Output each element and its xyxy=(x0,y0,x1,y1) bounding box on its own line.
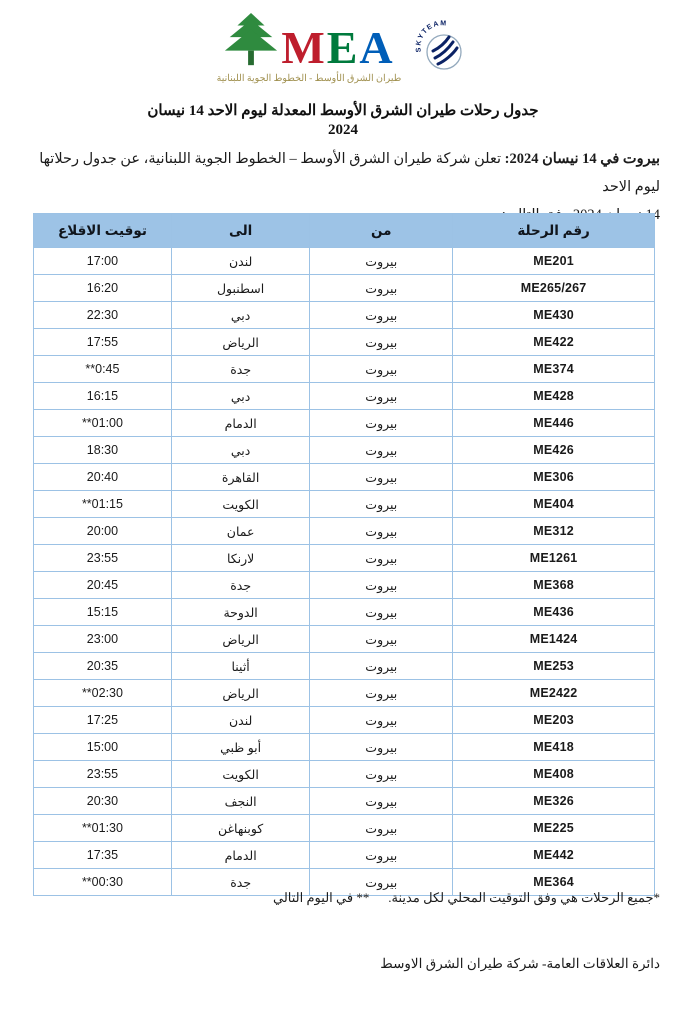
from-cell: بيروت xyxy=(310,275,453,302)
from-cell: بيروت xyxy=(310,545,453,572)
mea-wordmark: M E A xyxy=(281,26,394,70)
flight-schedule-table: رقم الرحلةمنالىتوقيت الاقلاع ME201بيروتل… xyxy=(33,213,655,896)
flight-number-cell: ME442 xyxy=(453,842,655,869)
to-cell: الدمام xyxy=(171,842,309,869)
flight-number-cell: ME1424 xyxy=(453,626,655,653)
from-cell: بيروت xyxy=(310,734,453,761)
flight-number-cell: ME1261 xyxy=(453,545,655,572)
document-page: M E A طيران الشرق الأوسط - الخطوط الجوية… xyxy=(0,0,686,1024)
mea-letter-m: M xyxy=(281,26,326,70)
to-cell: لندن xyxy=(171,248,309,275)
column-header: الى xyxy=(171,214,309,248)
from-cell: بيروت xyxy=(310,410,453,437)
flight-number-cell: ME2422 xyxy=(453,680,655,707)
from-cell: بيروت xyxy=(310,491,453,518)
to-cell: جدة xyxy=(171,356,309,383)
flight-number-cell: ME368 xyxy=(453,572,655,599)
table-row: ME442بيروتالدمام17:35 xyxy=(34,842,655,869)
skyteam-label: SKYTEAM xyxy=(416,20,448,52)
column-header: توقيت الاقلاع xyxy=(34,214,172,248)
flight-number-cell: ME430 xyxy=(453,302,655,329)
time-cell: **0:45 xyxy=(34,356,172,383)
time-cell: 15:15 xyxy=(34,599,172,626)
time-cell: 18:30 xyxy=(34,437,172,464)
cedar-tree-icon xyxy=(223,12,279,70)
time-cell: 17:00 xyxy=(34,248,172,275)
time-cell: 22:30 xyxy=(34,302,172,329)
flight-number-cell: ME426 xyxy=(453,437,655,464)
from-cell: بيروت xyxy=(310,653,453,680)
from-cell: بيروت xyxy=(310,464,453,491)
to-cell: لارنكا xyxy=(171,545,309,572)
footnote-local-time: *جميع الرحلات هي وفق التوقيت المحلي لكل … xyxy=(388,890,660,906)
to-cell: النجف xyxy=(171,788,309,815)
time-cell: 20:35 xyxy=(34,653,172,680)
from-cell: بيروت xyxy=(310,680,453,707)
table-row: ME1424بيروتالرياض23:00 xyxy=(34,626,655,653)
time-cell: 17:35 xyxy=(34,842,172,869)
table-row: ME312بيروتعمان20:00 xyxy=(34,518,655,545)
from-cell: بيروت xyxy=(310,626,453,653)
time-cell: 17:25 xyxy=(34,707,172,734)
flight-number-cell: ME428 xyxy=(453,383,655,410)
table-row: ME2422بيروتالرياض**02:30 xyxy=(34,680,655,707)
flight-number-cell: ME203 xyxy=(453,707,655,734)
to-cell: الدوحة xyxy=(171,599,309,626)
to-cell: الرياض xyxy=(171,329,309,356)
time-cell: **01:00 xyxy=(34,410,172,437)
to-cell: الرياض xyxy=(171,680,309,707)
flight-number-cell: ME312 xyxy=(453,518,655,545)
svg-text:SKYTEAM: SKYTEAM xyxy=(416,20,448,52)
table-row: ME430بيروتدبي22:30 xyxy=(34,302,655,329)
to-cell: أثينا xyxy=(171,653,309,680)
to-cell: جدة xyxy=(171,572,309,599)
from-cell: بيروت xyxy=(310,788,453,815)
table-row: ME422بيروتالرياض17:55 xyxy=(34,329,655,356)
to-cell: دبي xyxy=(171,383,309,410)
to-cell: اسطنبول xyxy=(171,275,309,302)
flight-number-cell: ME422 xyxy=(453,329,655,356)
table-row: ME446بيروتالدمام**01:00 xyxy=(34,410,655,437)
time-cell: 15:00 xyxy=(34,734,172,761)
flight-number-cell: ME265/267 xyxy=(453,275,655,302)
time-cell: **01:15 xyxy=(34,491,172,518)
table-row: ME428بيروتدبي16:15 xyxy=(34,383,655,410)
skyteam-logo: SKYTEAM xyxy=(415,20,469,74)
time-cell: 20:45 xyxy=(34,572,172,599)
time-cell: 16:20 xyxy=(34,275,172,302)
table-row: ME225بيروتكوبنهاغن**01:30 xyxy=(34,815,655,842)
time-cell: 23:55 xyxy=(34,545,172,572)
flight-number-cell: ME404 xyxy=(453,491,655,518)
from-cell: بيروت xyxy=(310,707,453,734)
table-row: ME418بيروتأبو ظبي15:00 xyxy=(34,734,655,761)
time-cell: 23:00 xyxy=(34,626,172,653)
mea-letter-e: E xyxy=(327,26,360,70)
from-cell: بيروت xyxy=(310,302,453,329)
table-row: ME306بيروتالقاهرة20:40 xyxy=(34,464,655,491)
to-cell: لندن xyxy=(171,707,309,734)
from-cell: بيروت xyxy=(310,383,453,410)
flight-number-cell: ME306 xyxy=(453,464,655,491)
to-cell: الرياض xyxy=(171,626,309,653)
flight-number-cell: ME225 xyxy=(453,815,655,842)
footer-department: دائرة العلاقات العامة- شركة طيران الشرق … xyxy=(380,956,660,972)
table-row: ME265/267بيروتاسطنبول16:20 xyxy=(34,275,655,302)
flight-number-cell: ME201 xyxy=(453,248,655,275)
to-cell: كوبنهاغن xyxy=(171,815,309,842)
time-cell: 16:15 xyxy=(34,383,172,410)
table-row: ME374بيروتجدة**0:45 xyxy=(34,356,655,383)
from-cell: بيروت xyxy=(310,572,453,599)
mea-logo: M E A طيران الشرق الأوسط - الخطوط الجوية… xyxy=(0,12,686,84)
table-row: ME368بيروتجدة20:45 xyxy=(34,572,655,599)
table-row: ME408بيروتالكويت23:55 xyxy=(34,761,655,788)
to-cell: القاهرة xyxy=(171,464,309,491)
to-cell: الدمام xyxy=(171,410,309,437)
page-title: جدول رحلات طيران الشرق الأوسط المعدلة لي… xyxy=(0,102,686,140)
intro-dateline: بيروت في 14 نيسان 2024: xyxy=(505,151,660,167)
page-title-line2: 2024 xyxy=(0,121,686,140)
table-body: ME201بيروتلندن17:00ME265/267بيروتاسطنبول… xyxy=(34,248,655,896)
table-row: ME326بيروتالنجف20:30 xyxy=(34,788,655,815)
footnote-next-day: ** في اليوم التالي xyxy=(273,890,369,906)
flight-number-cell: ME326 xyxy=(453,788,655,815)
from-cell: بيروت xyxy=(310,815,453,842)
from-cell: بيروت xyxy=(310,437,453,464)
table-row: ME203بيروتلندن17:25 xyxy=(34,707,655,734)
to-cell: الكويت xyxy=(171,761,309,788)
flight-number-cell: ME408 xyxy=(453,761,655,788)
page-title-line1: جدول رحلات طيران الشرق الأوسط المعدلة لي… xyxy=(0,102,686,121)
time-cell: 20:40 xyxy=(34,464,172,491)
to-cell: الكويت xyxy=(171,491,309,518)
time-cell: 17:55 xyxy=(34,329,172,356)
from-cell: بيروت xyxy=(310,248,453,275)
from-cell: بيروت xyxy=(310,518,453,545)
from-cell: بيروت xyxy=(310,329,453,356)
from-cell: بيروت xyxy=(310,761,453,788)
skyteam-swirl-icon xyxy=(433,37,457,64)
to-cell: دبي xyxy=(171,302,309,329)
flight-number-cell: ME253 xyxy=(453,653,655,680)
to-cell: عمان xyxy=(171,518,309,545)
flight-number-cell: ME418 xyxy=(453,734,655,761)
time-cell: 23:55 xyxy=(34,761,172,788)
table-row: ME1261بيروتلارنكا23:55 xyxy=(34,545,655,572)
table-row: ME436بيروتالدوحة15:15 xyxy=(34,599,655,626)
flight-number-cell: ME446 xyxy=(453,410,655,437)
time-cell: 20:00 xyxy=(34,518,172,545)
mea-logo-block: M E A طيران الشرق الأوسط - الخطوط الجوية… xyxy=(217,12,402,84)
footnotes: *جميع الرحلات هي وفق التوقيت المحلي لكل … xyxy=(33,890,660,908)
column-header: رقم الرحلة xyxy=(453,214,655,248)
intro-line1: بيروت في 14 نيسان 2024: تعلن شركة طيران … xyxy=(26,145,660,201)
table-row: ME201بيروتلندن17:00 xyxy=(34,248,655,275)
mea-letter-a: A xyxy=(359,26,394,70)
from-cell: بيروت xyxy=(310,356,453,383)
from-cell: بيروت xyxy=(310,599,453,626)
column-header: من xyxy=(310,214,453,248)
to-cell: دبي xyxy=(171,437,309,464)
time-cell: 20:30 xyxy=(34,788,172,815)
from-cell: بيروت xyxy=(310,842,453,869)
to-cell: أبو ظبي xyxy=(171,734,309,761)
table-row: ME404بيروتالكويت**01:15 xyxy=(34,491,655,518)
table-header-row: رقم الرحلةمنالىتوقيت الاقلاع xyxy=(34,214,655,248)
mea-tagline: طيران الشرق الأوسط - الخطوط الجوية اللبن… xyxy=(217,73,402,84)
flight-number-cell: ME436 xyxy=(453,599,655,626)
time-cell: **01:30 xyxy=(34,815,172,842)
flight-number-cell: ME374 xyxy=(453,356,655,383)
time-cell: **02:30 xyxy=(34,680,172,707)
table-row: ME426بيروتدبي18:30 xyxy=(34,437,655,464)
table-row: ME253بيروتأثينا20:35 xyxy=(34,653,655,680)
